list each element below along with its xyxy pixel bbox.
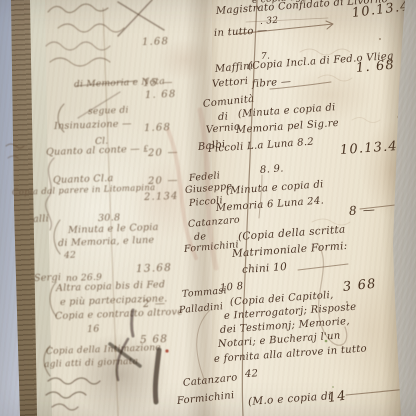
vignette xyxy=(0,0,416,416)
manuscript-photo: 1.68 di Memoria e Nota 15 — 1. 68 segue … xyxy=(0,0,416,416)
